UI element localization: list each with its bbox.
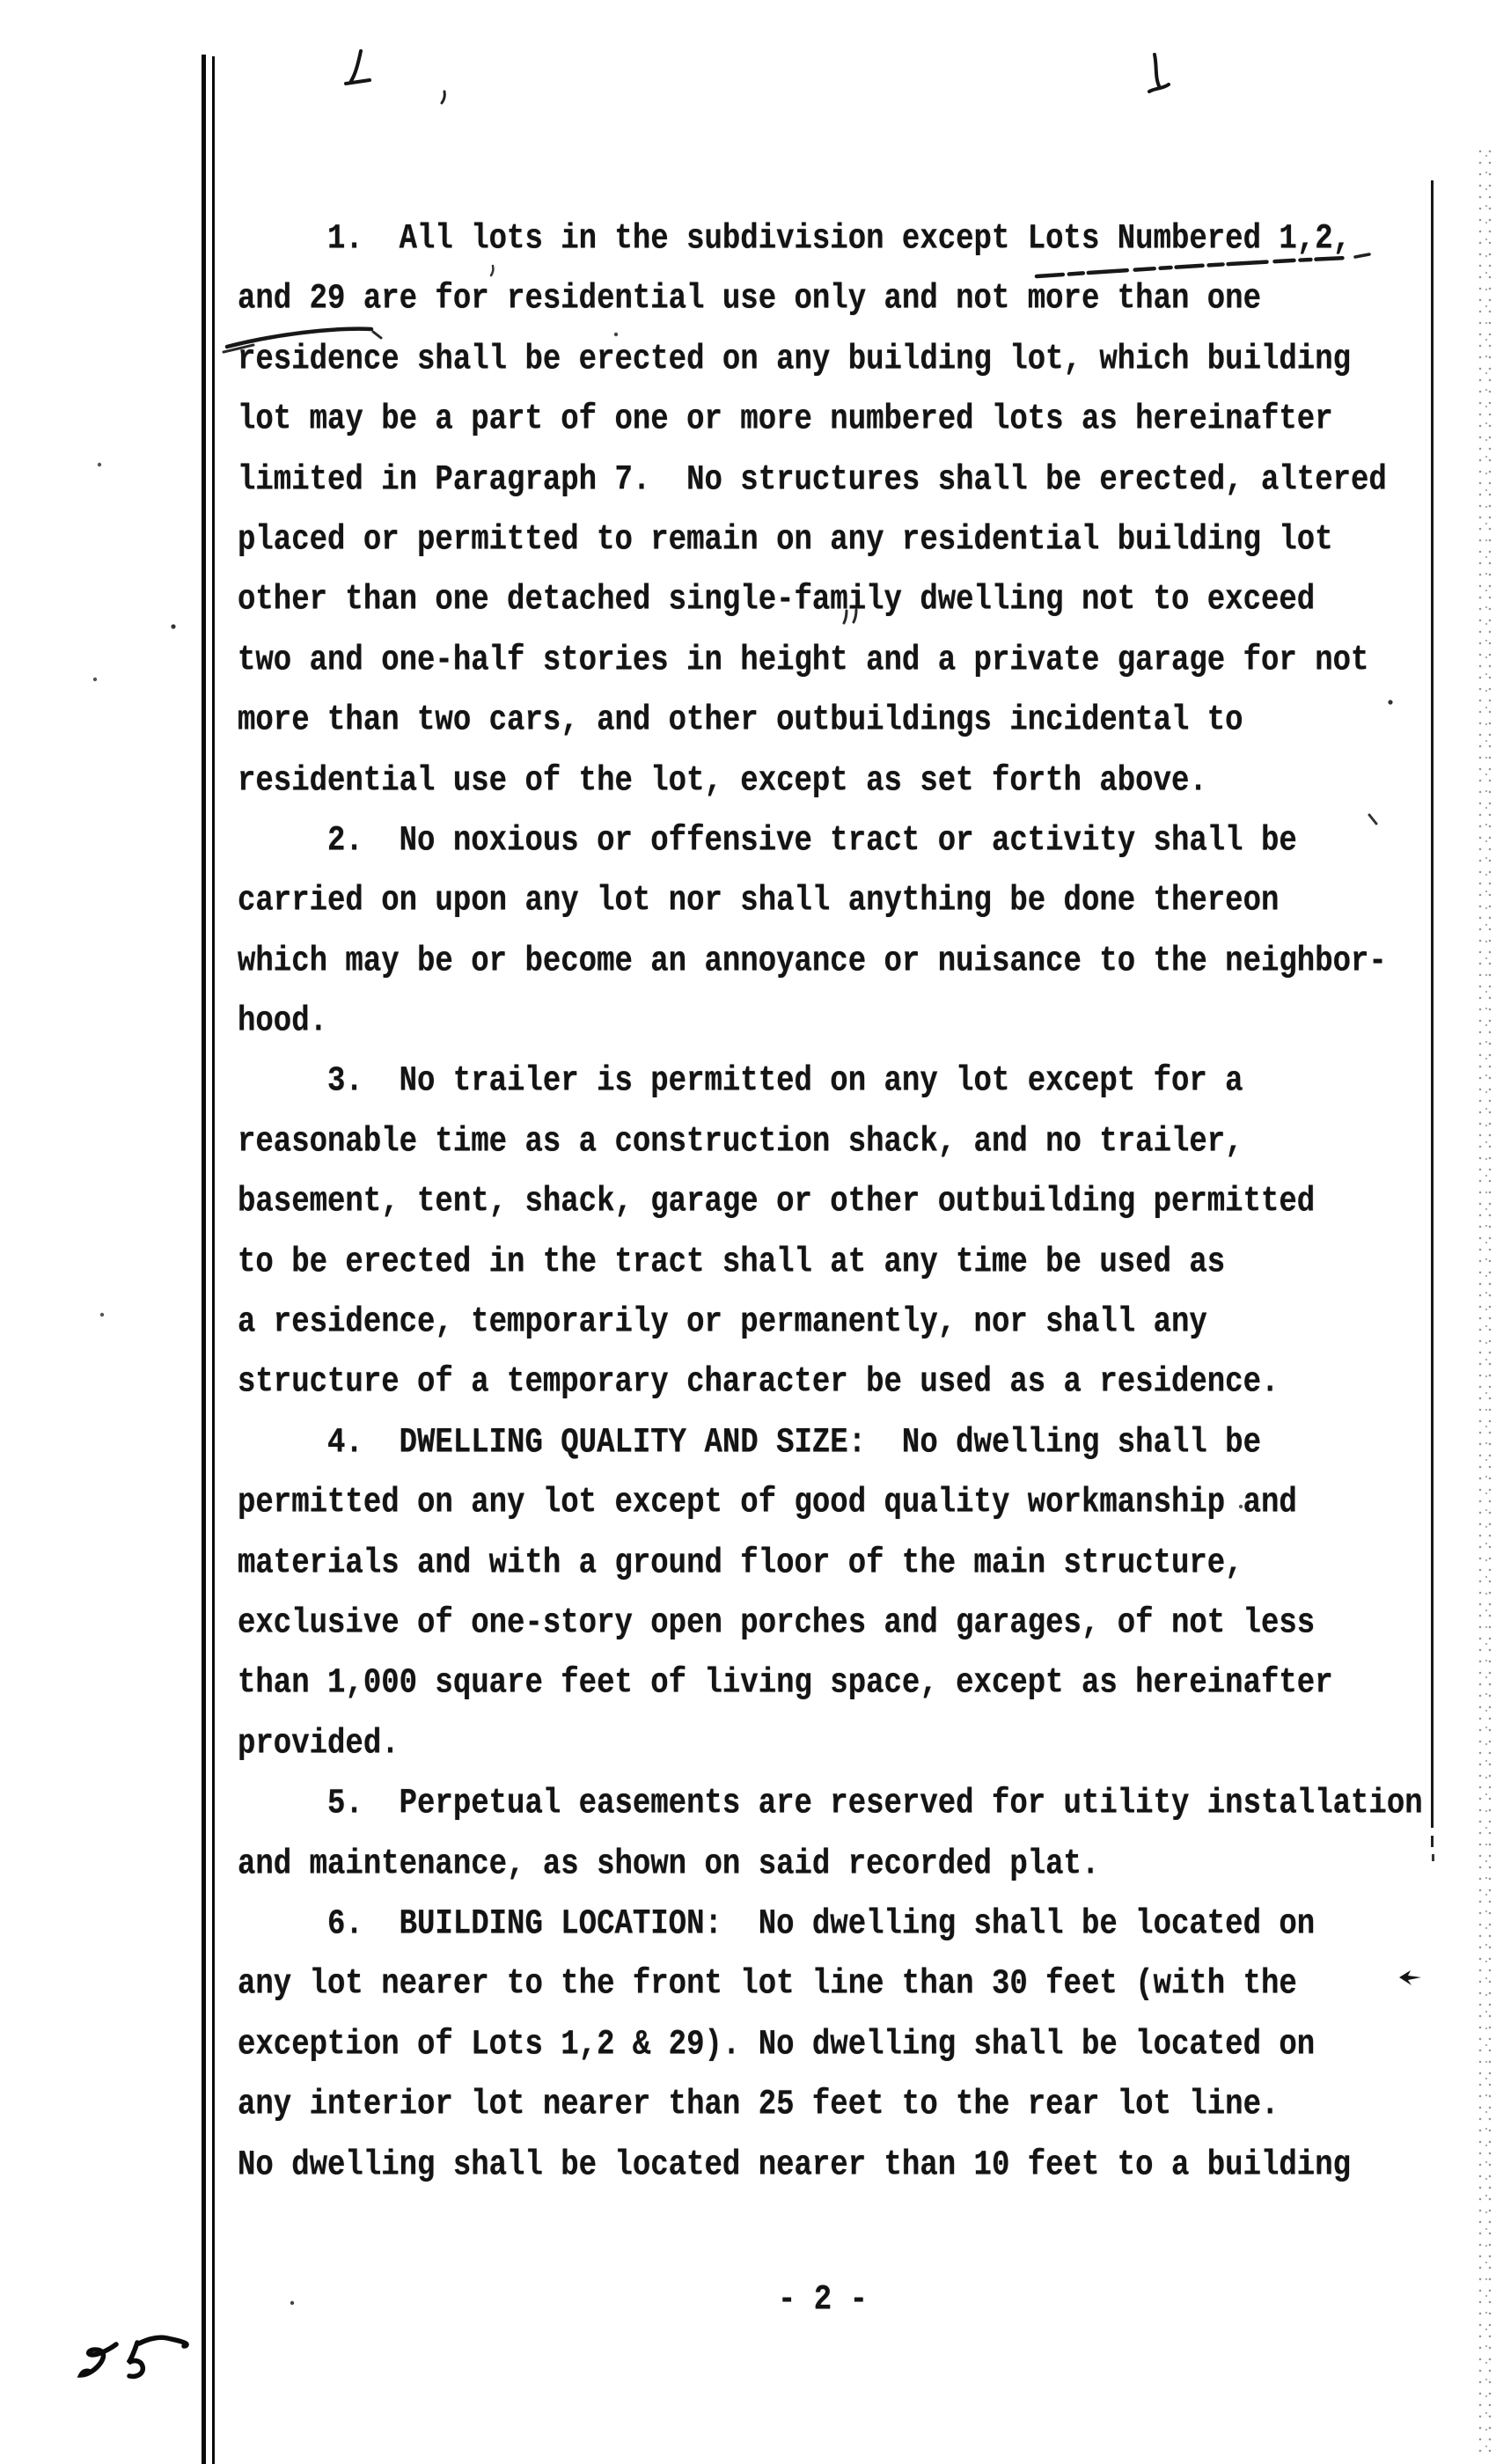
speck-dot — [614, 333, 618, 336]
ink-blob-right-margin — [1399, 1970, 1421, 1985]
hand-overline-residence — [227, 329, 371, 347]
speck-apostrophe — [442, 92, 444, 103]
speck-quote — [844, 610, 856, 623]
scanned-page: 1. All lots in the subdivision except Lo… — [0, 0, 1496, 2464]
handwritten-digit-5-bar — [139, 2337, 187, 2346]
ink-mark-top-left — [346, 51, 370, 84]
hand-underline-tail — [1355, 254, 1369, 257]
page-number: - 2 - — [238, 2270, 1408, 2331]
speck-dot — [100, 1313, 104, 1316]
ink-marks-overlay — [0, 0, 1496, 2464]
speck-tick — [1369, 815, 1376, 824]
handwritten-digit-3 — [81, 2344, 116, 2375]
speck-dot — [1388, 700, 1392, 704]
speck-apostrophe — [491, 266, 493, 275]
speck-dot — [98, 463, 101, 466]
handwritten-digit-5-body — [128, 2343, 143, 2376]
speck-dot — [93, 678, 97, 681]
speck-dot — [171, 624, 175, 628]
hand-overline-residence-hook — [373, 332, 381, 338]
hand-underline-lots-numbered — [1037, 258, 1346, 276]
speck-dot — [1239, 1505, 1243, 1508]
ink-mark-top-right — [1149, 55, 1169, 92]
